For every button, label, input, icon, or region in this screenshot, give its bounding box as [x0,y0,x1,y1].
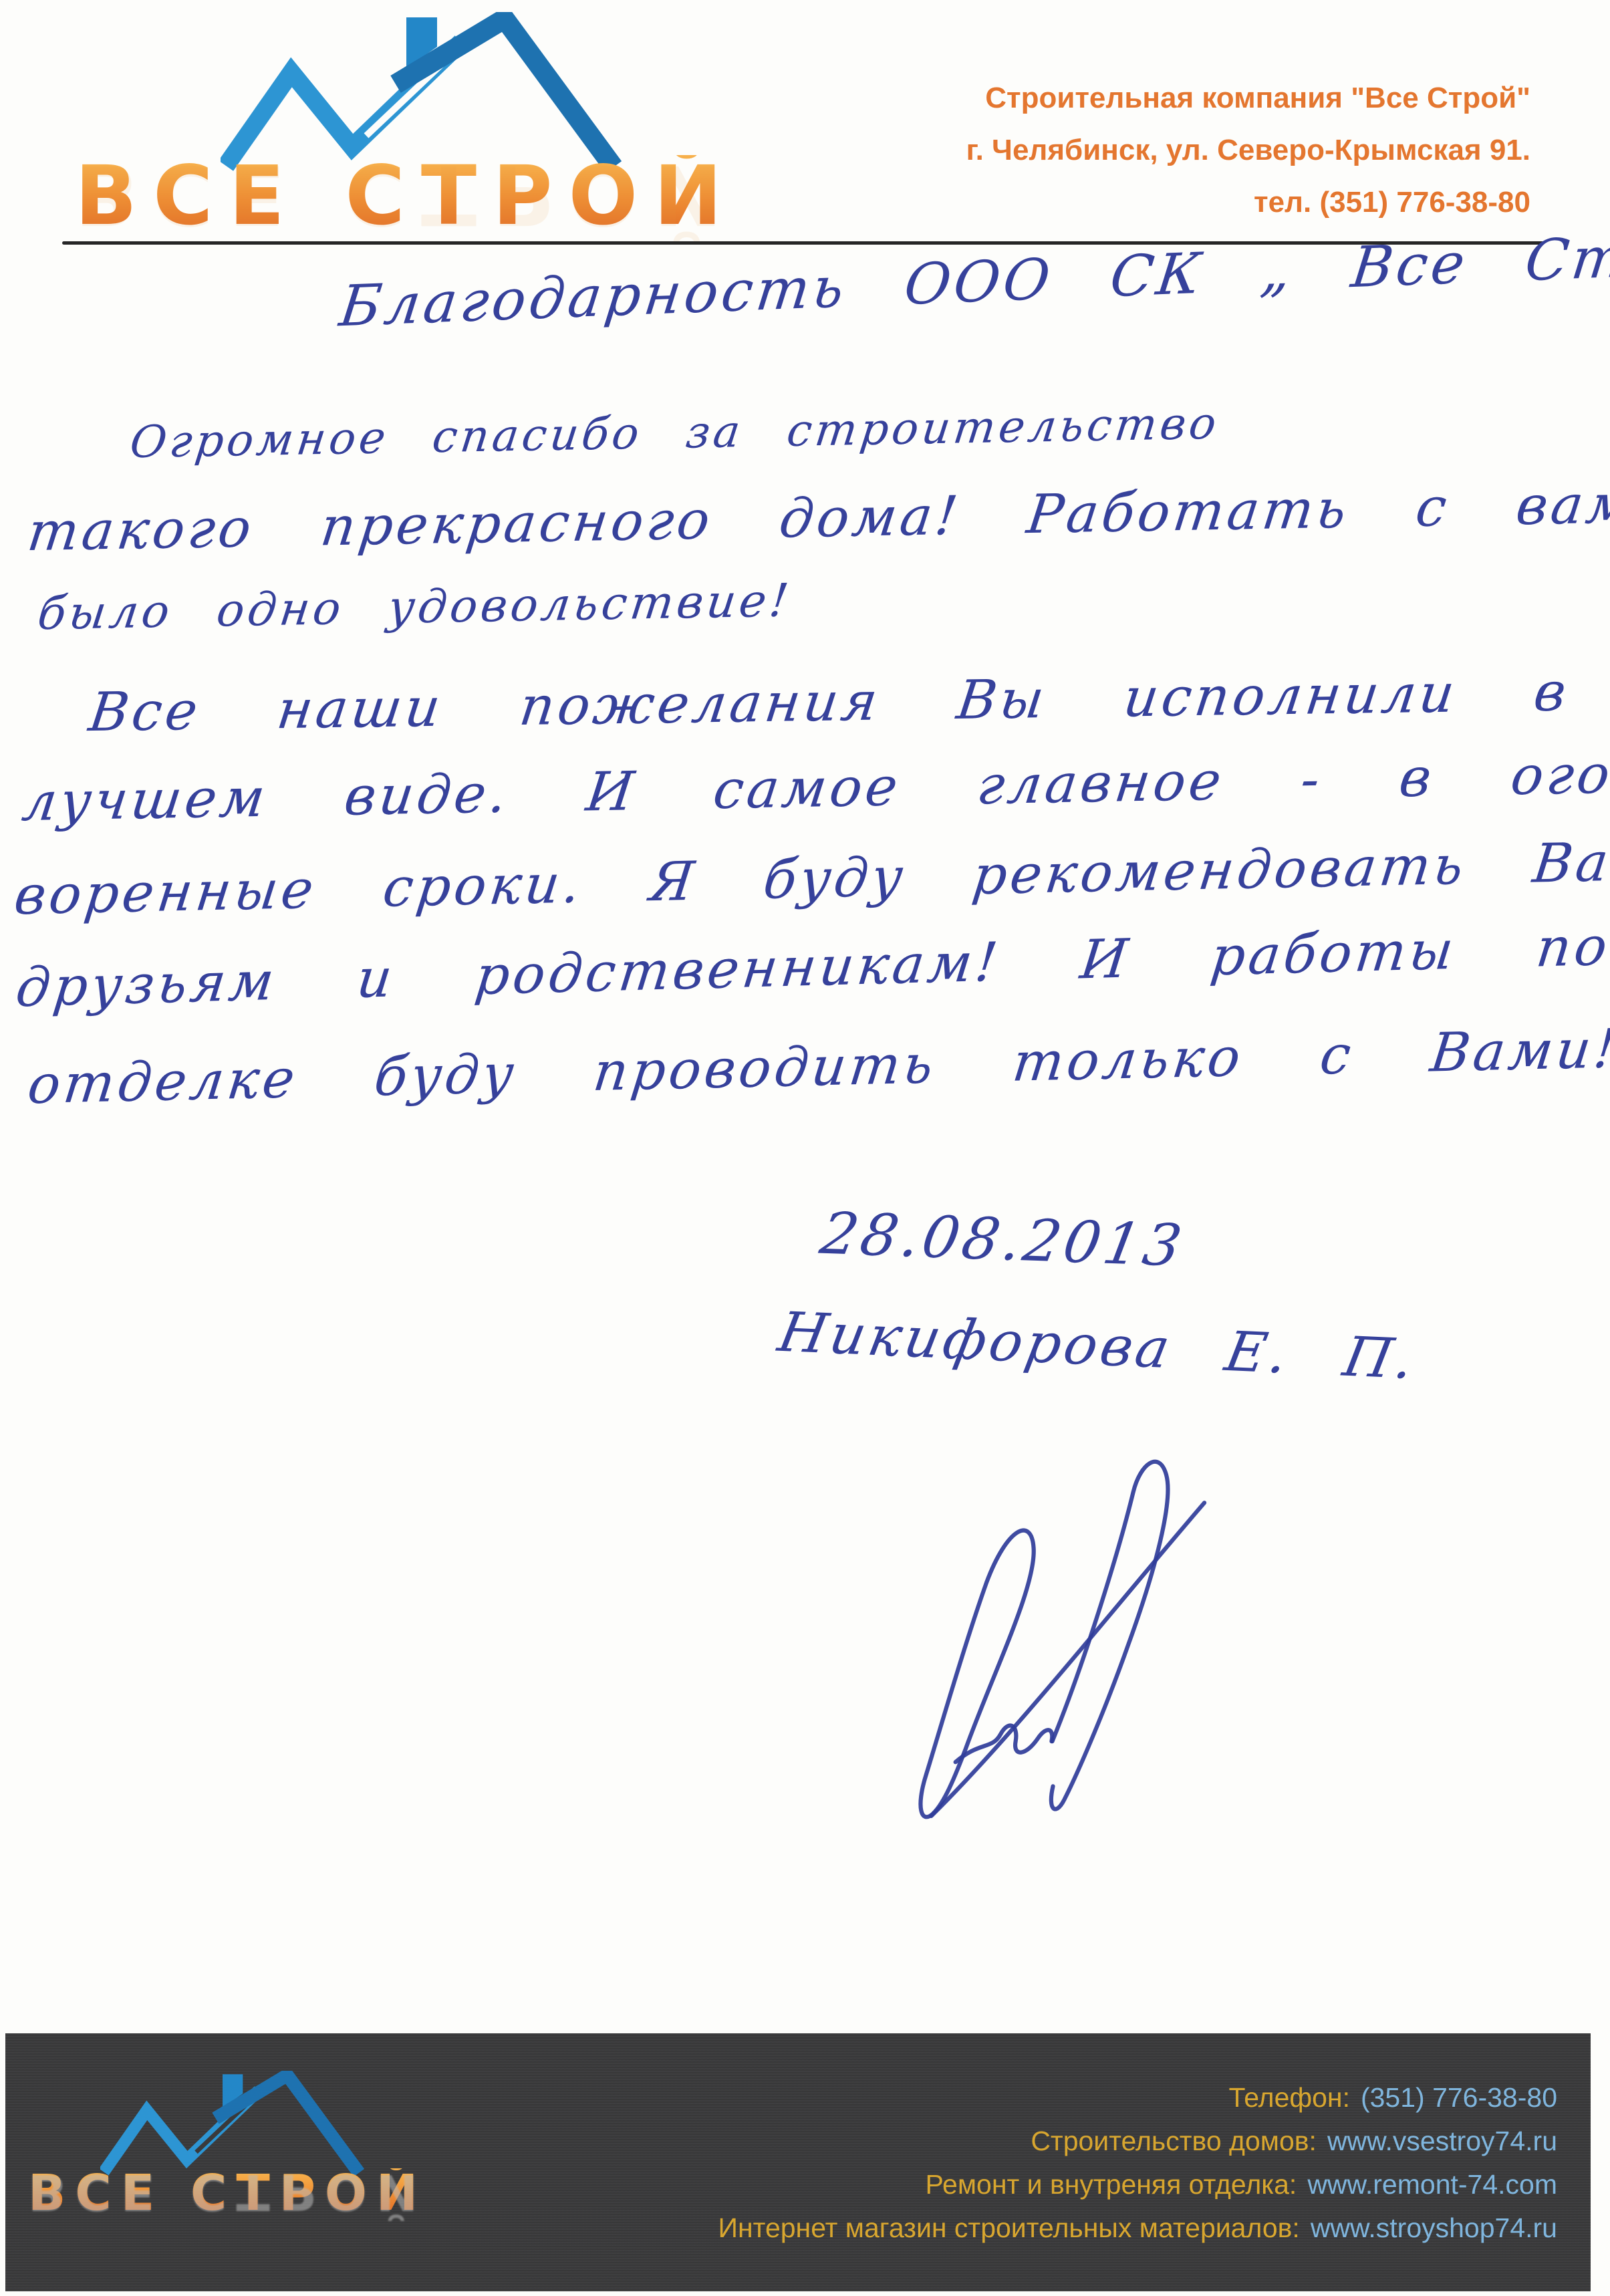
company-phone: тел. (351) 776-38-80 [966,176,1530,229]
letter-date: 28.08.2013 [815,1200,1190,1281]
header-contact-block: Строительная компания "Все Строй" г. Чел… [966,72,1530,229]
company-address: г. Челябинск, ул. Северо-Крымская 91. [966,124,1530,176]
signature-name: Никифорова Е. П. [773,1300,1422,1393]
letter-line: воренные сроки. Я буду рекомендовать Вас [11,830,1610,928]
footer-site2-label: Ремонт и внутреняя отделка: [926,2169,1297,2200]
handwritten-signature [889,1437,1236,1838]
letter-line: Огромное спасибо за строительство [127,397,1222,469]
footer-logo-wordmark-reflection: ВСЕ СТРОЙ [28,2167,427,2216]
letter-line: отделке буду проводить только с Вами! [25,1017,1610,1117]
footer-contact-row: Ремонт и внутреняя отделка:www.remont-74… [718,2163,1557,2206]
company-logo-wordmark-reflection: ВСЕ СТРОЙ [75,154,738,235]
company-name: Строительная компания "Все Строй" [966,72,1530,124]
footer-phone-label: Телефон: [1228,2082,1349,2113]
footer-contact-row: Интернет магазин строительных материалов… [718,2206,1557,2250]
letter-line: лучшем виде. И самое главное - в ого- [19,742,1610,834]
footer-site1-value: www.vsestroy74.ru [1327,2126,1557,2156]
footer-contact-row: Строительство домов:www.vsestroy74.ru [718,2120,1557,2163]
footer-site3-value: www.stroyshop74.ru [1311,2212,1557,2243]
letter-line: было одно удовольствие! [35,573,795,641]
footer-roof-logo-icon [100,2071,364,2176]
footer-contact-row: Телефон:(351) 776-38-80 [718,2076,1557,2120]
letter-line: друзьям и родственникам! И работы по [13,914,1610,1021]
footer-site1-label: Строительство домов: [1031,2126,1317,2156]
letter-line: такого прекрасного дома! Работать с вами [24,471,1610,564]
scanned-letter-page: ВСЕ СТРОЙ ВСЕ СТРОЙ Строительная компани… [0,0,1610,2296]
footer-site2-value: www.remont-74.com [1307,2169,1557,2200]
letter-line: Все наши пожелания Вы исполнили в [86,660,1573,745]
footer-contacts-block: Телефон:(351) 776-38-80 Строительство до… [718,2076,1557,2250]
footer-site3-label: Интернет магазин строительных материалов… [718,2212,1300,2243]
footer-phone-value: (351) 776-38-80 [1361,2082,1557,2113]
